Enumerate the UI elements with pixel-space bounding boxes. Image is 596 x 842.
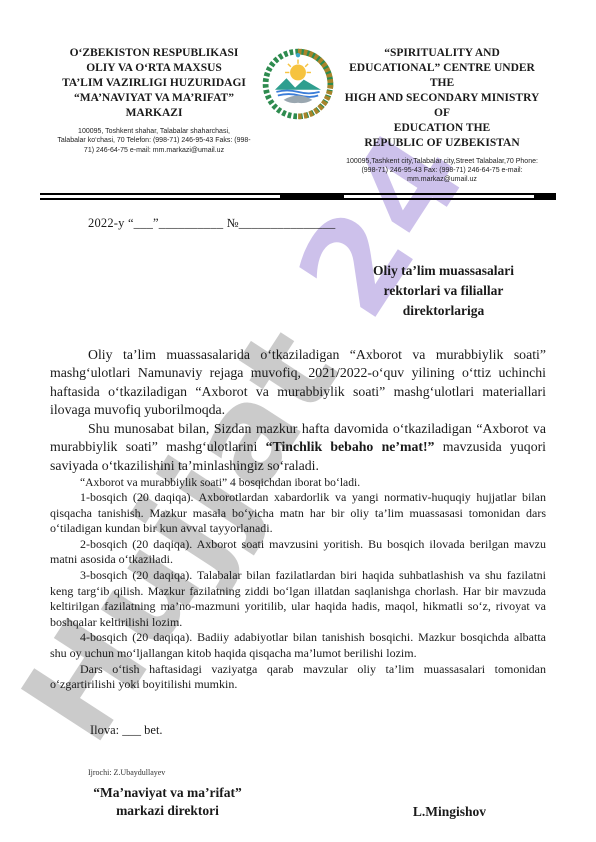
addressee-block: Oliy ta’lim muassasalari rektorlari va f…	[341, 261, 546, 322]
letterhead-left-title-line: TA’LIM VAZIRLIGI HUZURIDAGI	[50, 76, 258, 91]
letterhead-right-title-line: HIGH AND SECONDARY MINISTRY OF	[338, 91, 546, 121]
steps-intro-line: “Axborot va murabbiylik soati” 4 bosqich…	[50, 475, 546, 490]
letter-body: Oliy ta’lim muassasalarida o‘tkaziladiga…	[50, 346, 546, 738]
paragraph-intro: Oliy ta’lim muassasalarida o‘tkaziladiga…	[50, 346, 546, 420]
letterhead-right-title: “SPIRITUALITY AND EDUCATIONAL” CENTRE UN…	[338, 46, 546, 151]
letterhead-right: “SPIRITUALITY AND EDUCATIONAL” CENTRE UN…	[338, 46, 546, 185]
signature-org-line: markazi direktori	[60, 802, 275, 820]
paragraph-request-topic: “Tinchlik bebaho ne’mat!”	[266, 439, 435, 454]
letter-content: O‘ZBEKISTON RESPUBLIKASI OLIY VA O‘RTA M…	[0, 0, 596, 820]
header-divider-right-bar	[534, 193, 556, 200]
letterhead-left-address: 100095, Toshkent shahar, Talabalar shaha…	[50, 127, 258, 155]
letterhead-right-title-line: “SPIRITUALITY AND	[338, 46, 546, 61]
header-divider-center-bar	[280, 193, 344, 200]
step-paragraph-2: 2-bosqich (20 daqiqa). Axborot soati mav…	[50, 537, 546, 568]
letterhead-right-address-line: mm.markaz@umail.uz	[338, 175, 546, 184]
letterhead-left-title-line: “MA’NAVIYAT VA MA’RIFAT”	[50, 91, 258, 106]
emblem-container	[258, 46, 338, 125]
letterhead-right-title-line: EDUCATION THE	[338, 121, 546, 136]
step-paragraph-1: 1-bosqich (20 daqiqa). Axborotlardan xab…	[50, 490, 546, 537]
letterhead-left-address-line: Talabalar ko‘chasi, 70 Telefon: (998-71)…	[50, 136, 258, 145]
date-number-line: 2022-y “___”__________ №_______________	[50, 216, 546, 231]
letterhead-right-title-line: REPUBLIC OF UZBEKISTAN	[338, 136, 546, 151]
step-paragraph-3: 3-bosqich (20 daqiqa). Talabalar bilan f…	[50, 568, 546, 630]
letterhead: O‘ZBEKISTON RESPUBLIKASI OLIY VA O‘RTA M…	[50, 0, 546, 185]
letterhead-left-title-line: OLIY VA O‘RTA MAXSUS	[50, 61, 258, 76]
letterhead-right-address-line: 100095,Tashkent city,Talabalar city,Stre…	[338, 157, 546, 166]
signature-block: “Ma’naviyat va ma’rifat” markazi direkto…	[50, 784, 546, 820]
letterhead-left: O‘ZBEKISTON RESPUBLIKASI OLIY VA O‘RTA M…	[50, 46, 258, 155]
letterhead-left-address-line: 100095, Toshkent shahar, Talabalar shaha…	[50, 127, 258, 136]
signature-name: L.Mingishov	[413, 804, 486, 820]
letterhead-right-address-line: (998-71) 246-95-43 Fax: (998-71) 246-64-…	[338, 166, 546, 175]
letterhead-left-title-line: O‘ZBEKISTON RESPUBLIKASI	[50, 46, 258, 61]
letterhead-right-address: 100095,Tashkent city,Talabalar city,Stre…	[338, 157, 546, 185]
attachment-line: Ilova: ___ bet.	[50, 723, 546, 738]
executor-note: Ijrochi: Z.Ubaydullayev	[88, 768, 165, 777]
addressee-line: direktorlariga	[341, 301, 546, 321]
addressee-line: rektorlari va filiallar	[341, 281, 546, 301]
letterhead-left-address-line: 71) 246-64-75 e-mail: mm.markazi@umail.u…	[50, 146, 258, 155]
uzbekistan-emblem-icon	[262, 48, 334, 125]
letterhead-right-title-line: EDUCATIONAL” CENTRE UNDER THE	[338, 61, 546, 91]
letter-page: Hujjat 24 O‘ZBEKISTON RESPUBLIKASI OLIY …	[0, 0, 596, 842]
header-divider	[40, 193, 556, 200]
step-paragraph-4: 4-bosqich (20 daqiqa). Badiiy adabiyotla…	[50, 630, 546, 661]
letterhead-left-title: O‘ZBEKISTON RESPUBLIKASI OLIY VA O‘RTA M…	[50, 46, 258, 121]
signature-org: “Ma’naviyat va ma’rifat” markazi direkto…	[60, 784, 275, 820]
signature-org-line: “Ma’naviyat va ma’rifat”	[60, 784, 275, 802]
paragraph-request: Shu munosabat bilan, Sizdan mazkur hafta…	[50, 420, 546, 475]
addressee-line: Oliy ta’lim muassasalari	[341, 261, 546, 281]
letterhead-left-title-line: MARKAZI	[50, 106, 258, 121]
closing-paragraph: Dars o‘tish haftasidagi vaziyatga qarab …	[50, 662, 546, 693]
